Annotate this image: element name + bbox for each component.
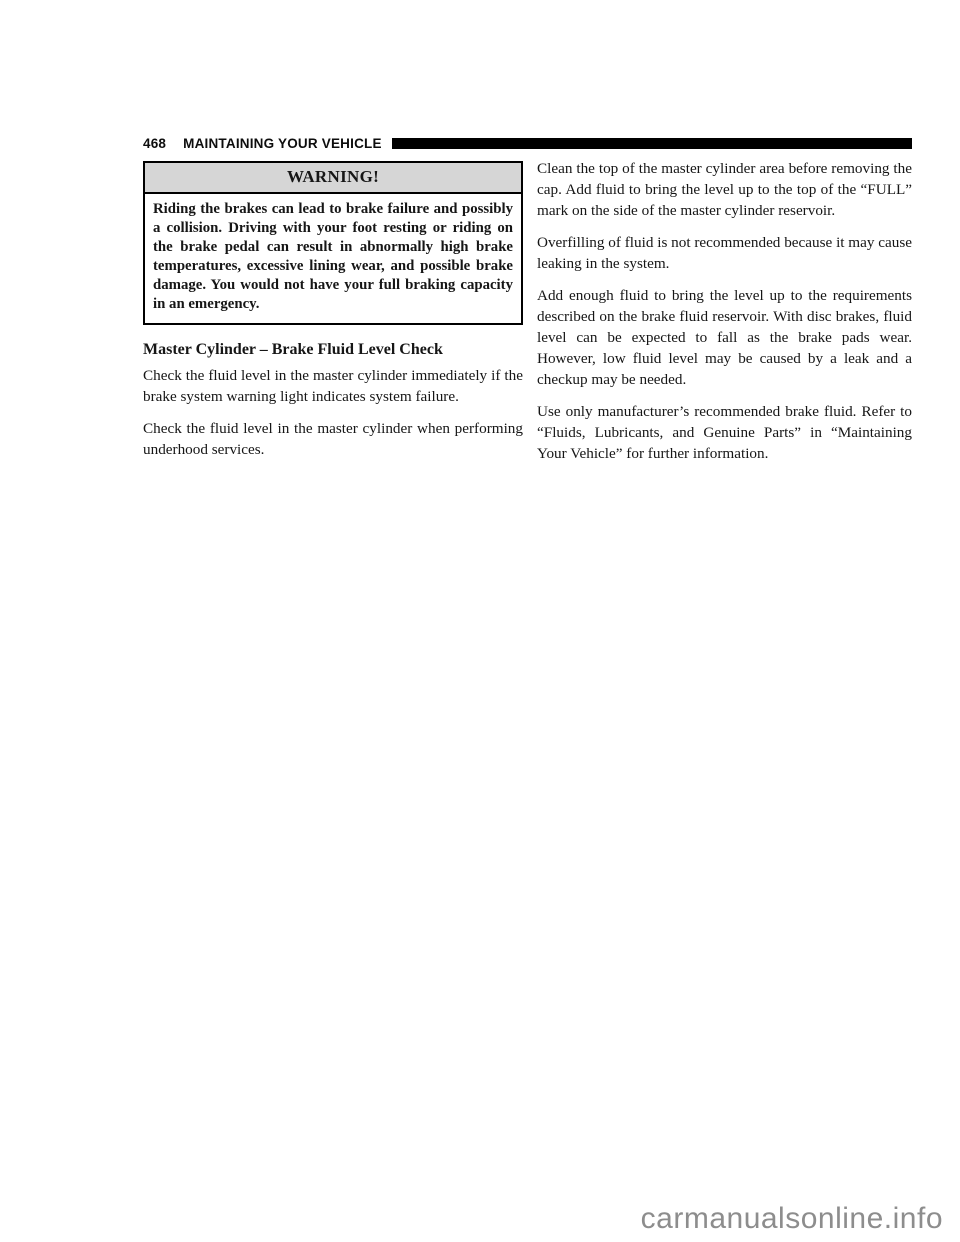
warning-box-body: Riding the brakes can lead to brake fail… — [145, 194, 521, 323]
body-paragraph: Check the fluid level in the master cyli… — [143, 365, 523, 407]
body-paragraph: Overfilling of fluid is not recommended … — [537, 232, 912, 274]
body-paragraph: Check the fluid level in the master cyli… — [143, 418, 523, 460]
manual-page: 468 MAINTAINING YOUR VEHICLE WARNING! Ri… — [0, 0, 960, 1242]
header-rule-bar — [392, 138, 912, 149]
right-column: Clean the top of the master cylinder are… — [537, 155, 912, 475]
warning-box: WARNING! Riding the brakes can lead to b… — [143, 161, 523, 325]
running-header: 468 MAINTAINING YOUR VEHICLE — [143, 136, 912, 151]
page-number: 468 — [143, 136, 166, 151]
warning-box-title: WARNING! — [145, 163, 521, 194]
section-heading-master-cylinder: Master Cylinder – Brake Fluid Level Chec… — [143, 339, 523, 360]
body-paragraph: Add enough fluid to bring the level up t… — [537, 285, 912, 390]
watermark-text: carmanualsonline.info — [641, 1202, 943, 1236]
body-paragraph: Clean the top of the master cylinder are… — [537, 158, 912, 221]
running-header-title: MAINTAINING YOUR VEHICLE — [183, 136, 382, 151]
left-column: WARNING! Riding the brakes can lead to b… — [143, 155, 523, 471]
body-paragraph: Use only manufacturer’s recommended brak… — [537, 401, 912, 464]
content-columns: WARNING! Riding the brakes can lead to b… — [143, 155, 912, 475]
